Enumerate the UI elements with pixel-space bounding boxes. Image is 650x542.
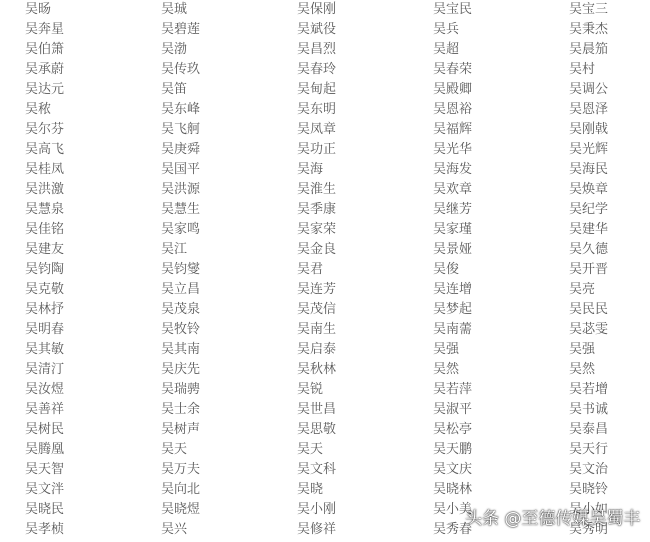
name-cell: 吴秉杰 bbox=[569, 20, 608, 40]
table-row: 吴洪激吴洪源吴淮生吴欢章吴焕章 bbox=[0, 180, 650, 200]
name-cell: 吴佳铭 bbox=[25, 220, 64, 240]
name-cell: 吴春荣 bbox=[433, 60, 472, 80]
table-row: 吴旸吴珹吴保刚吴宝民吴宝三 bbox=[0, 0, 650, 20]
name-cell: 吴珹 bbox=[161, 0, 187, 20]
table-row: 吴明春吴牧铃吴南生吴南薷吴苾雯 bbox=[0, 320, 650, 340]
name-cell: 吴斌役 bbox=[297, 20, 336, 40]
name-cell: 吴奔星 bbox=[25, 20, 64, 40]
name-cell: 吴明春 bbox=[25, 320, 64, 340]
name-cell: 吴天行 bbox=[569, 440, 608, 460]
name-cell: 吴孝桢 bbox=[25, 520, 64, 540]
name-cell: 吴晓铃 bbox=[569, 480, 608, 500]
name-cell: 吴晓民 bbox=[25, 500, 64, 520]
name-cell: 吴调公 bbox=[569, 80, 608, 100]
name-cell: 吴晓煜 bbox=[161, 500, 200, 520]
table-row: 吴腾凰吴天吴天吴天鹏吴天行 bbox=[0, 440, 650, 460]
name-cell: 吴天 bbox=[161, 440, 187, 460]
name-cell: 吴建华 bbox=[569, 220, 608, 240]
name-cell: 吴腾凰 bbox=[25, 440, 64, 460]
name-cell: 吴凤章 bbox=[297, 120, 336, 140]
name-cell: 吴焕章 bbox=[569, 180, 608, 200]
table-row: 吴达元吴笛吴甸起吴殿卿吴调公 bbox=[0, 80, 650, 100]
table-row: 吴慧泉吴慧生吴季康吴继芳吴纪学 bbox=[0, 200, 650, 220]
name-cell: 吴旸 bbox=[25, 0, 51, 20]
name-cell: 吴继芳 bbox=[433, 200, 472, 220]
name-cell: 吴晓 bbox=[297, 480, 323, 500]
name-cell: 吴民民 bbox=[569, 300, 608, 320]
name-cell: 吴慧生 bbox=[161, 200, 200, 220]
table-row: 吴文泮吴向北吴晓吴晓林吴晓铃 bbox=[0, 480, 650, 500]
name-cell: 吴立昌 bbox=[161, 280, 200, 300]
name-cell: 吴然 bbox=[433, 360, 459, 380]
table-row: 吴伯箫吴渤吴昌烈吴超吴晨笳 bbox=[0, 40, 650, 60]
name-cell: 吴甸起 bbox=[297, 80, 336, 100]
name-cell: 吴恩泽 bbox=[569, 100, 608, 120]
name-cell: 吴强 bbox=[433, 340, 459, 360]
name-cell: 吴锐 bbox=[297, 380, 323, 400]
name-cell: 吴江 bbox=[161, 240, 187, 260]
name-cell: 吴清汀 bbox=[25, 360, 64, 380]
name-cell: 吴启泰 bbox=[297, 340, 336, 360]
name-cell: 吴秋林 bbox=[297, 360, 336, 380]
name-cell: 吴若增 bbox=[569, 380, 608, 400]
name-cell: 吴晓林 bbox=[433, 480, 472, 500]
name-cell: 吴克敬 bbox=[25, 280, 64, 300]
name-cell: 吴天鹏 bbox=[433, 440, 472, 460]
table-row: 吴钧陶吴钧燮吴君吴俊吴开晋 bbox=[0, 260, 650, 280]
name-cell: 吴南生 bbox=[297, 320, 336, 340]
name-cell: 吴国平 bbox=[161, 160, 200, 180]
name-cell: 吴士余 bbox=[161, 400, 200, 420]
name-cell: 吴泰昌 bbox=[569, 420, 608, 440]
table-row: 吴克敬吴立昌吴连芳吴连增吴亮 bbox=[0, 280, 650, 300]
name-cell: 吴村 bbox=[569, 60, 595, 80]
name-cell: 吴钧陶 bbox=[25, 260, 64, 280]
name-cell: 吴庆先 bbox=[161, 360, 200, 380]
name-cell: 吴光华 bbox=[433, 140, 472, 160]
name-cell: 吴书诚 bbox=[569, 400, 608, 420]
name-cell: 吴若萍 bbox=[433, 380, 472, 400]
name-cell: 吴世昌 bbox=[297, 400, 336, 420]
name-cell: 吴海民 bbox=[569, 160, 608, 180]
name-cell: 吴光辉 bbox=[569, 140, 608, 160]
name-cell: 吴福辉 bbox=[433, 120, 472, 140]
name-cell: 吴文庆 bbox=[433, 460, 472, 480]
table-row: 吴承蔚吴传玖吴春玲吴春荣吴村 bbox=[0, 60, 650, 80]
name-cell: 吴渤 bbox=[161, 40, 187, 60]
name-cell: 吴家瑾 bbox=[433, 220, 472, 240]
name-cell: 吴汝煜 bbox=[25, 380, 64, 400]
name-cell: 吴承蔚 bbox=[25, 60, 64, 80]
name-cell: 吴林抒 bbox=[25, 300, 64, 320]
name-cell: 吴牧铃 bbox=[161, 320, 200, 340]
name-cell: 吴其南 bbox=[161, 340, 200, 360]
name-cell: 吴茂信 bbox=[297, 300, 336, 320]
name-cell: 吴文科 bbox=[297, 460, 336, 480]
name-cell: 吴文治 bbox=[569, 460, 608, 480]
name-cell: 吴淮生 bbox=[297, 180, 336, 200]
name-cell: 吴宝民 bbox=[433, 0, 472, 20]
name-cell: 吴刚戟 bbox=[569, 120, 608, 140]
table-row: 吴尔芬吴飞舸吴凤章吴福辉吴刚戟 bbox=[0, 120, 650, 140]
name-cell: 吴其敏 bbox=[25, 340, 64, 360]
table-row: 吴其敏吴其南吴启泰吴强吴强 bbox=[0, 340, 650, 360]
name-cell: 吴南薷 bbox=[433, 320, 472, 340]
name-cell: 吴海 bbox=[297, 160, 323, 180]
name-cell: 吴功正 bbox=[297, 140, 336, 160]
name-cell: 吴海发 bbox=[433, 160, 472, 180]
name-cell: 吴金良 bbox=[297, 240, 336, 260]
table-row: 吴建友吴江吴金良吴景娅吴久德 bbox=[0, 240, 650, 260]
name-cell: 吴钧燮 bbox=[161, 260, 200, 280]
name-cell: 吴洪源 bbox=[161, 180, 200, 200]
name-cell: 吴淑平 bbox=[433, 400, 472, 420]
name-cell: 吴欢章 bbox=[433, 180, 472, 200]
name-cell: 吴春玲 bbox=[297, 60, 336, 80]
name-cell: 吴万夫 bbox=[161, 460, 200, 480]
name-cell: 吴昌烈 bbox=[297, 40, 336, 60]
name-cell: 吴俊 bbox=[433, 260, 459, 280]
name-cell: 吴思敬 bbox=[297, 420, 336, 440]
name-cell: 吴笛 bbox=[161, 80, 187, 100]
name-cell: 吴保刚 bbox=[297, 0, 336, 20]
name-cell: 吴东峰 bbox=[161, 100, 200, 120]
table-row: 吴高飞吴庚舜吴功正吴光华吴光辉 bbox=[0, 140, 650, 160]
name-cell: 吴天智 bbox=[25, 460, 64, 480]
table-row: 吴秾吴东峰吴东明吴恩裕吴恩泽 bbox=[0, 100, 650, 120]
name-cell: 吴桂凤 bbox=[25, 160, 64, 180]
name-cell: 吴景娅 bbox=[433, 240, 472, 260]
name-cell: 吴纪学 bbox=[569, 200, 608, 220]
watermark: 头条 @至德传媒吴蜀丰 bbox=[465, 504, 640, 534]
name-cell: 吴松亭 bbox=[433, 420, 472, 440]
name-cell: 吴梦起 bbox=[433, 300, 472, 320]
name-cell: 吴家荣 bbox=[297, 220, 336, 240]
name-cell: 吴天 bbox=[297, 440, 323, 460]
name-cell: 吴慧泉 bbox=[25, 200, 64, 220]
name-cell: 吴瑞骋 bbox=[161, 380, 200, 400]
name-cell: 吴伯箫 bbox=[25, 40, 64, 60]
table-row: 吴佳铭吴家鸣吴家荣吴家瑾吴建华 bbox=[0, 220, 650, 240]
name-cell: 吴季康 bbox=[297, 200, 336, 220]
name-cell: 吴亮 bbox=[569, 280, 595, 300]
name-cell: 吴建友 bbox=[25, 240, 64, 260]
name-cell: 吴碧莲 bbox=[161, 20, 200, 40]
table-row: 吴汝煜吴瑞骋吴锐吴若萍吴若增 bbox=[0, 380, 650, 400]
name-cell: 吴尔芬 bbox=[25, 120, 64, 140]
name-cell: 吴兵 bbox=[433, 20, 459, 40]
name-cell: 吴善祥 bbox=[25, 400, 64, 420]
name-cell: 吴树声 bbox=[161, 420, 200, 440]
table-row: 吴奔星吴碧莲吴斌役吴兵吴秉杰 bbox=[0, 20, 650, 40]
name-cell: 吴超 bbox=[433, 40, 459, 60]
table-row: 吴天智吴万夫吴文科吴文庆吴文治 bbox=[0, 460, 650, 480]
name-cell: 吴开晋 bbox=[569, 260, 608, 280]
name-cell: 吴东明 bbox=[297, 100, 336, 120]
name-cell: 吴兴 bbox=[161, 520, 187, 540]
name-cell: 吴高飞 bbox=[25, 140, 64, 160]
name-cell: 吴晨笳 bbox=[569, 40, 608, 60]
name-cell: 吴向北 bbox=[161, 480, 200, 500]
name-cell: 吴殿卿 bbox=[433, 80, 472, 100]
table-row: 吴善祥吴士余吴世昌吴淑平吴书诚 bbox=[0, 400, 650, 420]
name-cell: 吴恩裕 bbox=[433, 100, 472, 120]
name-cell: 吴茂泉 bbox=[161, 300, 200, 320]
name-cell: 吴文泮 bbox=[25, 480, 64, 500]
name-cell: 吴连增 bbox=[433, 280, 472, 300]
name-cell: 吴小刚 bbox=[297, 500, 336, 520]
name-cell: 吴宝三 bbox=[569, 0, 608, 20]
name-cell: 吴连芳 bbox=[297, 280, 336, 300]
name-cell: 吴家鸣 bbox=[161, 220, 200, 240]
name-cell: 吴然 bbox=[569, 360, 595, 380]
table-row: 吴清汀吴庆先吴秋林吴然吴然 bbox=[0, 360, 650, 380]
table-row: 吴林抒吴茂泉吴茂信吴梦起吴民民 bbox=[0, 300, 650, 320]
name-cell: 吴君 bbox=[297, 260, 323, 280]
name-cell: 吴强 bbox=[569, 340, 595, 360]
name-cell: 吴达元 bbox=[25, 80, 64, 100]
table-row: 吴树民吴树声吴思敬吴松亭吴泰昌 bbox=[0, 420, 650, 440]
name-cell: 吴树民 bbox=[25, 420, 64, 440]
name-cell: 吴庚舜 bbox=[161, 140, 200, 160]
name-cell: 吴苾雯 bbox=[569, 320, 608, 340]
table-row: 吴桂凤吴国平吴海吴海发吴海民 bbox=[0, 160, 650, 180]
name-cell: 吴久德 bbox=[569, 240, 608, 260]
name-cell: 吴飞舸 bbox=[161, 120, 200, 140]
name-cell: 吴传玖 bbox=[161, 60, 200, 80]
name-cell: 吴修祥 bbox=[297, 520, 336, 540]
name-cell: 吴洪激 bbox=[25, 180, 64, 200]
name-cell: 吴秾 bbox=[25, 100, 51, 120]
